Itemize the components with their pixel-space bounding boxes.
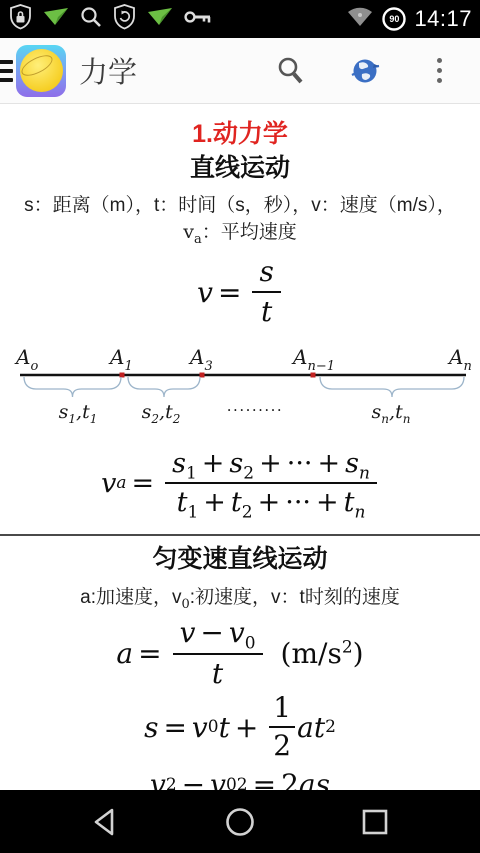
content-scroll-area[interactable]: 1.动力学 直线运动 s：距离（m），t：时间（s，秒），v：速度（m/s）， … <box>0 104 480 790</box>
point-marker <box>200 373 205 378</box>
recents-button[interactable] <box>345 799 405 845</box>
shield-lock-icon <box>8 3 33 35</box>
globe-button[interactable] <box>350 54 380 88</box>
section2-heading: 匀变速直线运动 <box>0 542 480 576</box>
screen: 90 14:17 力学 <box>0 0 480 853</box>
fraction: 1 2 <box>269 692 295 762</box>
home-button[interactable] <box>210 799 270 845</box>
point-label: A3 <box>188 345 213 374</box>
send-icon <box>42 5 70 34</box>
underbraces <box>24 377 464 397</box>
motion-segments-diagram: Ao A1 A3 An−1 An s1,t1 s2,t2 ......... s… <box>0 340 480 428</box>
battery-percent: 90 <box>381 6 407 32</box>
segment-label: sn,tn <box>372 401 411 426</box>
status-bar: 90 14:17 <box>0 0 480 38</box>
overflow-menu-icon[interactable] <box>424 54 454 88</box>
clock: 14:17 <box>414 6 472 32</box>
app-logo-icon <box>16 45 66 97</box>
search-button[interactable] <box>276 54 306 88</box>
app-bar: 力学 <box>0 38 480 104</box>
underbrace <box>24 377 121 397</box>
formula-velocity-squared: v2 − v02 = 2as <box>0 768 480 790</box>
chapter-title: 1.动力学 <box>0 118 480 150</box>
menu-icon[interactable] <box>0 60 13 82</box>
back-button[interactable] <box>75 799 135 845</box>
status-icons-right: 90 14:17 <box>346 5 472 34</box>
formula-acceleration: a = v−v0 t (m/s2) <box>0 617 480 689</box>
section-divider <box>0 534 480 536</box>
fraction: v−v0 t <box>173 617 263 689</box>
ellipsis: ......... <box>227 397 283 415</box>
shield-sync-icon <box>112 3 137 35</box>
fraction: s t <box>252 256 280 328</box>
nav-bar <box>0 790 480 853</box>
underbrace <box>128 377 200 397</box>
point-marker <box>120 373 125 378</box>
fraction: s1+s2+···+sn t1+t2+···+tn <box>165 448 377 518</box>
point-label: An−1 <box>291 345 335 374</box>
segment-label: s2,t2 <box>142 401 181 426</box>
point-label: An <box>447 345 472 374</box>
underbrace <box>320 377 464 397</box>
status-icons-left <box>8 3 213 35</box>
key-icon <box>183 6 213 33</box>
section1-heading: 直线运动 <box>0 152 480 184</box>
send-icon <box>146 5 174 34</box>
segment-label: s1,t1 <box>59 401 98 426</box>
search-status-icon <box>79 5 103 34</box>
formula-displacement: s = v0t + 1 2 at2 <box>0 692 480 762</box>
battery-icon: 90 <box>381 6 407 32</box>
section2-legend: a:加速度，v0:初速度，v：t时刻的速度 <box>0 584 480 611</box>
page-title: 力学 <box>79 50 137 91</box>
formula-velocity: v = s t <box>0 256 480 328</box>
point-marker <box>311 373 316 378</box>
app-bar-actions <box>276 54 480 88</box>
section1-legend-line2: va：平均速度 <box>0 219 480 246</box>
formula-average-velocity: va = s1+s2+···+sn t1+t2+···+tn <box>0 448 480 518</box>
unit-label: (m/s2) <box>281 637 364 670</box>
point-label: Ao <box>14 345 38 374</box>
point-label: A1 <box>108 345 133 374</box>
wifi-icon <box>346 5 374 34</box>
section1-legend-line1: s：距离（m），t：时间（s，秒），v：速度（m/s）， <box>0 192 480 219</box>
